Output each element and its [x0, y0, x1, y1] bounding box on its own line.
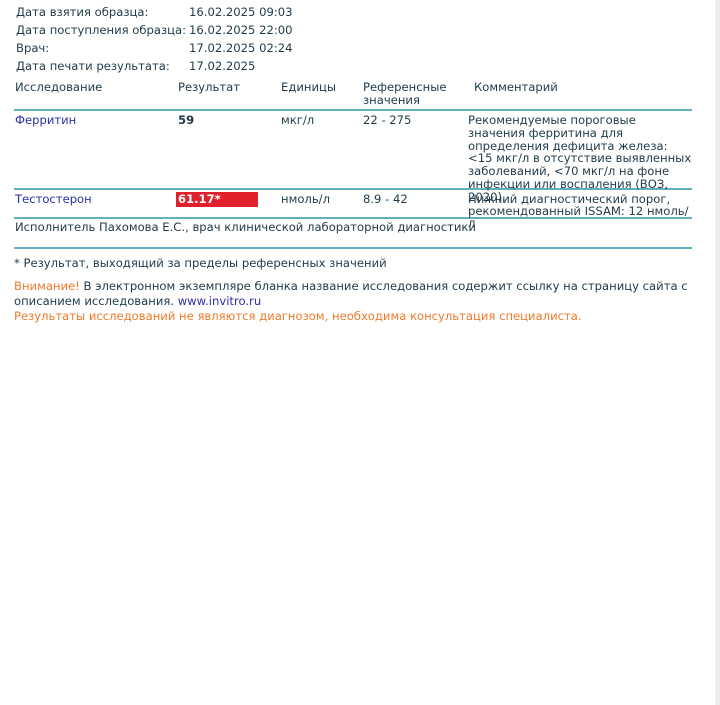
result-value: 59 — [178, 114, 194, 127]
meta-value: 17.02.2025 02:24 — [189, 39, 292, 57]
meta-label: Врач: — [16, 39, 189, 57]
meta-label: Дата поступления образца: — [16, 21, 189, 39]
executor-row: Исполнитель Пахомова Е.С., врач клиничес… — [14, 219, 692, 249]
table-header: Исследование Результат Единицы Референсн… — [14, 79, 692, 111]
notice: Внимание! В электронном экземпляре бланк… — [14, 279, 704, 324]
units: мкг/л — [281, 114, 314, 127]
meta-row-received-date: Дата поступления образца: 16.02.2025 22:… — [16, 21, 292, 39]
result-value-out-of-range: 61.17* — [176, 192, 258, 207]
header-units: Единицы — [281, 81, 336, 94]
notice-text: В электронном экземпляре бланка название… — [14, 279, 688, 308]
disclaimer: Результаты исследований не являются диаг… — [14, 309, 582, 323]
test-link-testosterone[interactable]: Тестостерон — [15, 193, 92, 206]
meta-row-collection-date: Дата взятия образца: 16.02.2025 09:03 — [16, 3, 292, 21]
invitro-link[interactable]: www.invitro.ru — [178, 294, 261, 308]
meta-value: 16.02.2025 09:03 — [189, 3, 292, 21]
header-result: Результат — [178, 81, 240, 94]
footnote: * Результат, выходящий за пределы рефере… — [14, 256, 387, 270]
meta-row-doctor: Врач: 17.02.2025 02:24 — [16, 39, 292, 57]
header-comment: Комментарий — [474, 81, 698, 94]
meta-row-print-date: Дата печати результата: 17.02.2025 — [16, 57, 292, 75]
header-test: Исследование — [15, 81, 102, 94]
header-reference: Референсные значения — [363, 81, 458, 107]
results-table: Исследование Результат Единицы Референсн… — [14, 79, 692, 249]
table-row: Тестостерон 61.17* нмоль/л 8.9 - 42 Нижн… — [14, 190, 692, 219]
meta-label: Дата взятия образца: — [16, 3, 189, 21]
executor-text: Исполнитель Пахомова Е.С., врач клиничес… — [15, 220, 476, 234]
reference-range: 8.9 - 42 — [363, 193, 408, 206]
meta-value: 17.02.2025 — [189, 57, 255, 75]
units: нмоль/л — [281, 193, 330, 206]
sample-meta: Дата взятия образца: 16.02.2025 09:03 Да… — [16, 3, 292, 75]
meta-value: 16.02.2025 22:00 — [189, 21, 292, 39]
reference-range: 22 - 275 — [363, 114, 411, 127]
notice-attention: Внимание! — [14, 279, 80, 293]
meta-label: Дата печати результата: — [16, 57, 189, 75]
table-row: Ферритин 59 мкг/л 22 - 275 Рекомендуемые… — [14, 111, 692, 190]
test-link-ferritin[interactable]: Ферритин — [15, 114, 76, 127]
scrollbar-track[interactable] — [715, 0, 720, 705]
